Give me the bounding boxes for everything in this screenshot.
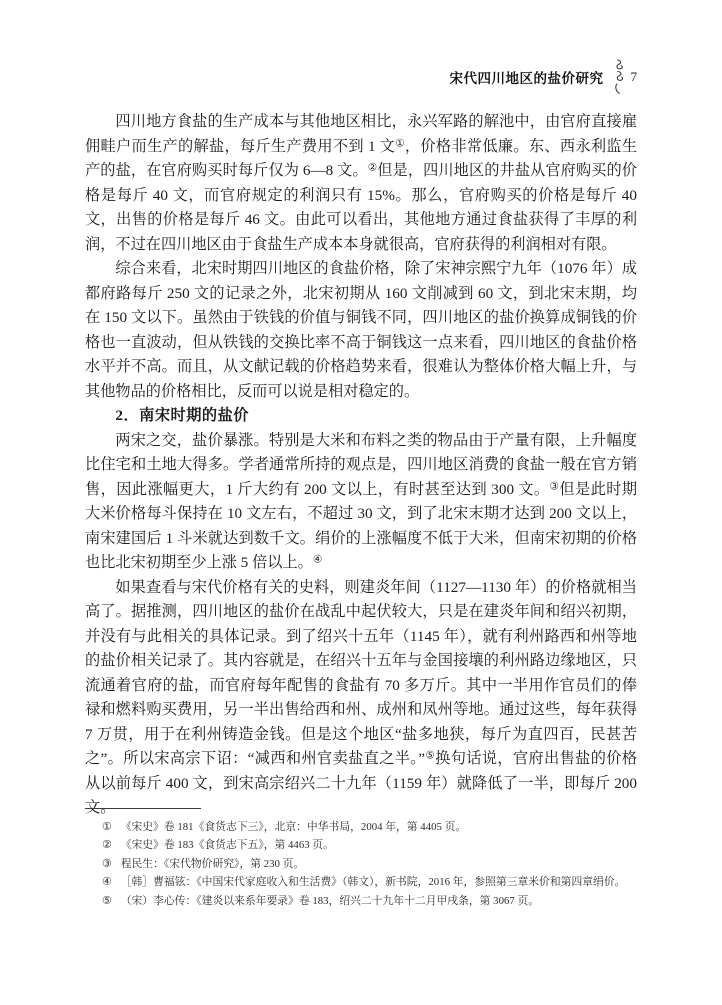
footnote-item: ③程民生：《宋代物价研究》，第 230 页。 bbox=[85, 855, 637, 873]
paragraph-text: 综合来看，北宋时期四川地区的食盐价格，除了宋神宗熙宁九年（1076 年）成都府路… bbox=[85, 260, 637, 400]
vine-ornament-icon bbox=[611, 58, 624, 96]
footnotes-list: ①《宋史》卷 181《食货志下三》，北京：中华书局，2004 年，第 4405 … bbox=[85, 818, 637, 910]
running-header: 宋代四川地区的盐价研究 7 bbox=[450, 58, 638, 96]
body-text: 四川地方食盐的生产成本与其他地区相比，永兴军路的解池中，由官府直接雇佣畦户而生产… bbox=[85, 110, 637, 821]
paragraph: 综合来看，北宋时期四川地区的食盐价格，除了宋神宗熙宁九年（1076 年）成都府路… bbox=[85, 257, 637, 404]
footnote-text: 程民生：《宋代物价研究》，第 230 页。 bbox=[121, 855, 637, 873]
footnote-text: ［韩］曹福铉：《中国宋代家庭收入和生活费》（韩文），新书院，2016 年，参照第… bbox=[121, 873, 637, 891]
paragraph: 如果查看与宋代价格有关的史料，则建炎年间（1127—1130 年）的价格就相当高… bbox=[85, 576, 637, 821]
footnote-separator bbox=[85, 808, 201, 809]
footnote-text: （宋）李心传：《建炎以来系年要录》卷 183，绍兴二十九年十二月甲戌条，第 30… bbox=[121, 892, 637, 910]
book-page: 宋代四川地区的盐价研究 7 四川地方食盐的生产成本与其他地区相比，永兴军路的解池… bbox=[0, 0, 722, 1005]
page-number: 7 bbox=[631, 69, 638, 85]
footnote-item: ④［韩］曹福铉：《中国宋代家庭收入和生活费》（韩文），新书院，2016 年，参照… bbox=[85, 873, 637, 891]
footnote-item: ⑤（宋）李心传：《建炎以来系年要录》卷 183，绍兴二十九年十二月甲戌条，第 3… bbox=[85, 892, 637, 910]
footnote-ref: ⑤ bbox=[425, 750, 435, 761]
paragraph: 四川地方食盐的生产成本与其他地区相比，永兴军路的解池中，由官府直接雇佣畦户而生产… bbox=[85, 110, 637, 257]
footnote-marker: ③ bbox=[102, 855, 112, 873]
footnote-marker: ② bbox=[102, 836, 112, 854]
footnote-marker: ① bbox=[102, 818, 112, 836]
section-heading: 2．南宋时期的盐价 bbox=[85, 404, 637, 429]
footnote-marker: ⑤ bbox=[102, 892, 112, 910]
footnote-text: 《宋史》卷 183《食货志下五》，第 4463 页。 bbox=[121, 836, 637, 854]
footnote-ref: ① bbox=[395, 138, 405, 149]
footnote-marker: ④ bbox=[102, 873, 112, 891]
footnote-item: ①《宋史》卷 181《食货志下三》，北京：中华书局，2004 年，第 4405 … bbox=[85, 818, 637, 836]
footnote-ref: ③ bbox=[550, 481, 560, 492]
footnote-ref: ② bbox=[368, 162, 378, 173]
footnotes-section: ①《宋史》卷 181《食货志下三》，北京：中华书局，2004 年，第 4405 … bbox=[85, 808, 637, 910]
running-header-title: 宋代四川地区的盐价研究 bbox=[450, 67, 604, 87]
footnote-item: ②《宋史》卷 183《食货志下五》，第 4463 页。 bbox=[85, 836, 637, 854]
paragraph: 两宋之交，盐价暴涨。特别是大米和布料之类的物品由于产量有限，上升幅度比住宅和土地… bbox=[85, 429, 637, 576]
footnote-ref: ④ bbox=[313, 554, 322, 565]
footnote-text: 《宋史》卷 181《食货志下三》，北京：中华书局，2004 年，第 4405 页… bbox=[121, 818, 637, 836]
paragraph-text: 如果查看与宋代价格有关的史料，则建炎年间（1127—1130 年）的价格就相当高… bbox=[85, 579, 637, 768]
